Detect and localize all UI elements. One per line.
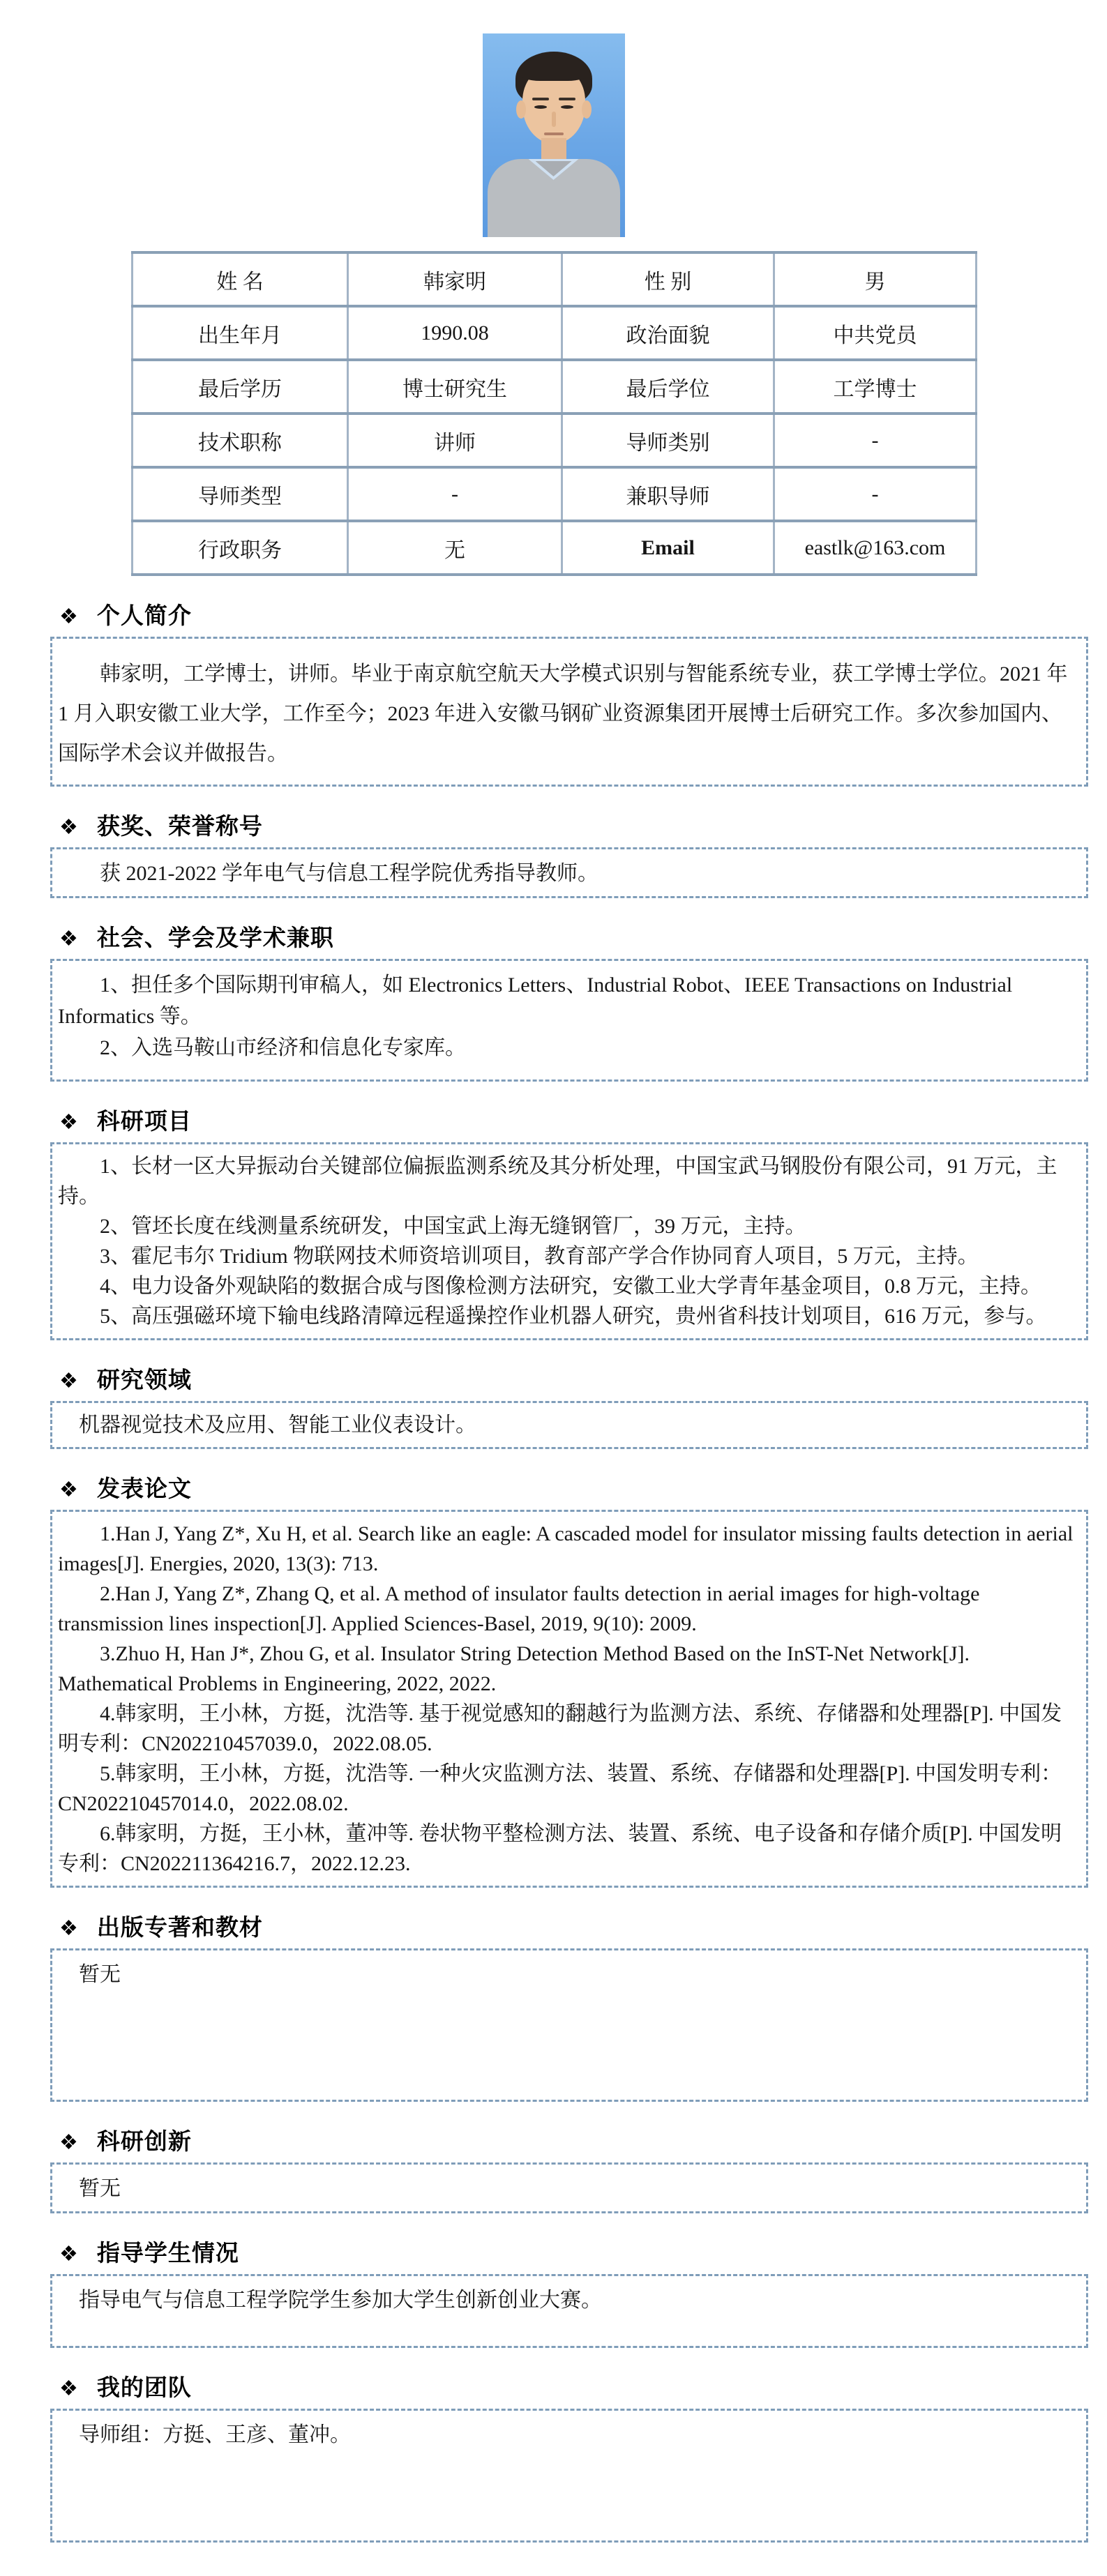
paragraph: 导师组：方挺、王彦、董冲。: [58, 2419, 1076, 2450]
diamond-bullet-icon: ❖: [59, 816, 79, 839]
diamond-bullet-icon: ❖: [59, 1370, 79, 1393]
info-label-name: 姓 名: [133, 252, 348, 306]
diamond-bullet-icon: ❖: [59, 2243, 79, 2266]
project-item: 2、管坯长度在线测量系统研发，中国宝武上海无缝钢管厂，39 万元，主持。: [58, 1211, 1076, 1241]
paragraph: 1、担任多个国际期刊审稿人，如 Electronics Letters、Indu…: [58, 969, 1076, 1032]
info-value-politics: 中共党员: [774, 306, 977, 360]
section-title: 研究领域: [97, 1368, 192, 1393]
section-research-innovation: ❖科研创新 暂无: [0, 2127, 1107, 2213]
basic-info-table: 姓 名 韩家明 性 别 男 出生年月 1990.08 政治面貌 中共党员 最后学…: [131, 251, 977, 576]
info-label-adjunct-mentor: 兼职导师: [562, 467, 774, 521]
photo-hair-fringe: [520, 57, 588, 81]
project-item: 3、霍尼韦尔 Tridium 物联网技术师资培训项目，教育部产学合作协同育人项目…: [58, 1241, 1076, 1271]
publication-item: 3.Zhuo H, Han J*, Zhou G, et al. Insulat…: [58, 1639, 1076, 1699]
photo-eyebrow-right: [559, 98, 575, 100]
section-content-box: 暂无: [50, 2162, 1088, 2213]
paragraph: 暂无: [58, 1959, 1076, 1990]
section-my-team: ❖我的团队 导师组：方挺、王彦、董冲。: [0, 2373, 1107, 2543]
section-awards: ❖获奖、荣誉称号 获 2021-2022 学年电气与信息工程学院优秀指导教师。: [0, 812, 1107, 898]
photo-ear-left: [516, 100, 526, 119]
info-label-politics: 政治面貌: [562, 306, 774, 360]
section-content-box: 暂无: [50, 1948, 1088, 2102]
section-heading: ❖出版专著和教材: [0, 1913, 1107, 1944]
section-content-box: 指导电气与信息工程学院学生参加大学生创新创业大赛。: [50, 2274, 1088, 2348]
publication-item: 4.韩家明，王小林，方挺，沈浩等. 基于视觉感知的翻越行为监测方法、系统、存储器…: [58, 1699, 1076, 1759]
section-heading: ❖研究领域: [0, 1365, 1107, 1397]
paragraph: 2、入选马鞍山市经济和信息化专家库。: [58, 1032, 1076, 1063]
table-row: 姓 名 韩家明 性 别 男: [133, 252, 977, 306]
diamond-bullet-icon: ❖: [59, 605, 79, 628]
project-item: 1、长材一区大异振动台关键部位偏振监测系统及其分析处理，中国宝武马钢股份有限公司…: [58, 1151, 1076, 1211]
photo-ear-right: [582, 100, 592, 119]
section-personal-intro: ❖个人简介 韩家明，工学博士，讲师。毕业于南京航空航天大学模式识别与智能系统专业…: [0, 601, 1107, 787]
info-label-gender: 性 别: [562, 252, 774, 306]
section-title: 科研创新: [97, 2130, 192, 2155]
diamond-bullet-icon: ❖: [59, 927, 79, 950]
publication-item: 5.韩家明，王小林，方挺，沈浩等. 一种火灾监测方法、装置、系统、存储器和处理器…: [58, 1759, 1076, 1819]
info-label-degree: 最后学位: [562, 360, 774, 414]
faculty-profile-page: 姓 名 韩家明 性 别 男 出生年月 1990.08 政治面貌 中共党员 最后学…: [0, 33, 1107, 2576]
photo-eye-right: [561, 105, 573, 109]
info-label-admin-post: 行政职务: [133, 521, 348, 575]
info-value-adjunct-mentor: -: [774, 467, 977, 521]
info-value-title: 讲师: [348, 414, 562, 467]
info-label-mentor-type: 导师类型: [133, 467, 348, 521]
profile-photo: [483, 33, 625, 237]
info-value-mentor-category: -: [774, 414, 977, 467]
publication-item: 1.Han J, Yang Z*, Xu H, et al. Search li…: [58, 1519, 1076, 1579]
info-label-title: 技术职称: [133, 414, 348, 467]
section-student-guidance: ❖指导学生情况 指导电气与信息工程学院学生参加大学生创新创业大赛。: [0, 2238, 1107, 2348]
section-publications: ❖发表论文 1.Han J, Yang Z*, Xu H, et al. Sea…: [0, 1474, 1107, 1888]
paragraph: 暂无: [58, 2173, 1076, 2204]
info-value-mentor-type: -: [348, 467, 562, 521]
diamond-bullet-icon: ❖: [59, 2131, 79, 2154]
section-title: 获奖、荣誉称号: [97, 815, 263, 840]
section-title: 个人简介: [97, 604, 192, 629]
section-research-fields: ❖研究领域 机器视觉技术及应用、智能工业仪表设计。: [0, 1365, 1107, 1449]
photo-eye-left: [534, 105, 547, 109]
table-row: 出生年月 1990.08 政治面貌 中共党员: [133, 306, 977, 360]
table-row: 导师类型 - 兼职导师 -: [133, 467, 977, 521]
section-content-box: 机器视觉技术及应用、智能工业仪表设计。: [50, 1401, 1088, 1449]
section-heading: ❖科研创新: [0, 2127, 1107, 2158]
section-content-box: 韩家明，工学博士，讲师。毕业于南京航空航天大学模式识别与智能系统专业，获工学博士…: [50, 637, 1088, 787]
photo-eyebrow-left: [532, 98, 549, 100]
info-label-education: 最后学历: [133, 360, 348, 414]
section-content-box: 导师组：方挺、王彦、董冲。: [50, 2409, 1088, 2543]
info-label-mentor-category: 导师类别: [562, 414, 774, 467]
paragraph: 指导电气与信息工程学院学生参加大学生创新创业大赛。: [58, 2285, 1076, 2316]
section-books: ❖出版专著和教材 暂无: [0, 1913, 1107, 2102]
info-value-name: 韩家明: [348, 252, 562, 306]
info-label-birth: 出生年月: [133, 306, 348, 360]
section-title: 指导学生情况: [97, 2241, 239, 2266]
section-content-box: 获 2021-2022 学年电气与信息工程学院优秀指导教师。: [50, 847, 1088, 898]
section-title: 社会、学会及学术兼职: [97, 926, 334, 951]
section-heading: ❖个人简介: [0, 601, 1107, 632]
table-row: 最后学历 博士研究生 最后学位 工学博士: [133, 360, 977, 414]
section-content-box: 1.Han J, Yang Z*, Xu H, et al. Search li…: [50, 1510, 1088, 1888]
diamond-bullet-icon: ❖: [59, 1111, 79, 1134]
section-title: 发表论文: [97, 1477, 192, 1502]
section-heading: ❖指导学生情况: [0, 2238, 1107, 2270]
diamond-bullet-icon: ❖: [59, 2377, 79, 2400]
section-heading: ❖我的团队: [0, 2373, 1107, 2404]
info-value-gender: 男: [774, 252, 977, 306]
section-heading: ❖获奖、荣誉称号: [0, 812, 1107, 843]
section-title: 我的团队: [97, 2376, 192, 2401]
info-value-admin-post: 无: [348, 521, 562, 575]
section-research-projects: ❖科研项目 1、长材一区大异振动台关键部位偏振监测系统及其分析处理，中国宝武马钢…: [0, 1107, 1107, 1340]
paragraph: 韩家明，工学博士，讲师。毕业于南京航空航天大学模式识别与智能系统专业，获工学博士…: [58, 654, 1076, 773]
section-content-box: 1、长材一区大异振动台关键部位偏振监测系统及其分析处理，中国宝武马钢股份有限公司…: [50, 1142, 1088, 1340]
section-heading: ❖科研项目: [0, 1107, 1107, 1138]
photo-nose: [552, 112, 556, 127]
diamond-bullet-icon: ❖: [59, 1917, 79, 1940]
publication-item: 6.韩家明，方挺，王小林，董冲等. 卷状物平整检测方法、装置、系统、电子设备和存…: [58, 1819, 1076, 1879]
section-content-box: 1、担任多个国际期刊审稿人，如 Electronics Letters、Indu…: [50, 959, 1088, 1082]
photo-mouth: [544, 132, 564, 135]
diamond-bullet-icon: ❖: [59, 1478, 79, 1501]
section-heading: ❖发表论文: [0, 1474, 1107, 1506]
publication-item: 2.Han J, Yang Z*, Zhang Q, et al. A meth…: [58, 1579, 1076, 1639]
section-title: 出版专著和教材: [97, 1916, 263, 1941]
project-item: 5、高压强磁环境下输电线路清障远程遥操控作业机器人研究，贵州省科技计划项目，61…: [58, 1301, 1076, 1331]
section-title: 科研项目: [97, 1109, 192, 1135]
project-item: 4、电力设备外观缺陷的数据合成与图像检测方法研究，安徽工业大学青年基金项目，0.…: [58, 1271, 1076, 1301]
paragraph: 获 2021-2022 学年电气与信息工程学院优秀指导教师。: [58, 858, 1076, 889]
section-heading: ❖社会、学会及学术兼职: [0, 923, 1107, 955]
info-value-education: 博士研究生: [348, 360, 562, 414]
info-label-email: Email: [562, 521, 774, 575]
paragraph: 机器视觉技术及应用、智能工业仪表设计。: [58, 1410, 1076, 1440]
section-memberships: ❖社会、学会及学术兼职 1、担任多个国际期刊审稿人，如 Electronics …: [0, 923, 1107, 1082]
table-row: 行政职务 无 Email eastlk@163.com: [133, 521, 977, 575]
info-value-email: eastlk@163.com: [774, 521, 977, 575]
table-row: 技术职称 讲师 导师类别 -: [133, 414, 977, 467]
info-value-degree: 工学博士: [774, 360, 977, 414]
info-value-birth: 1990.08: [348, 306, 562, 360]
